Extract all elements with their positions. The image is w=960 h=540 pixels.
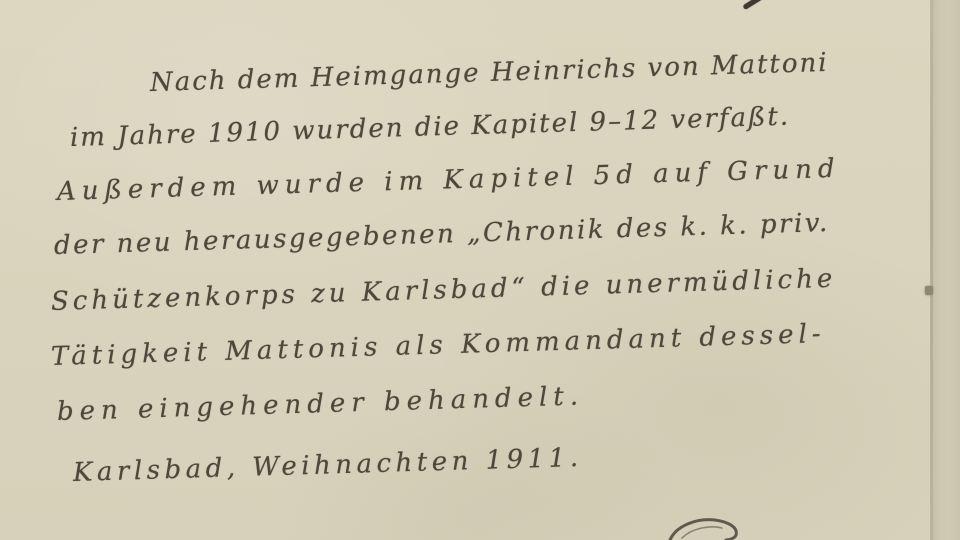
manuscript-line-5: Schützenkorps zu Karlsbad“ die unermüdli… xyxy=(51,264,837,317)
paper-edge-band xyxy=(931,0,960,540)
dateline: Karlsbad, Weihnachten 1911. xyxy=(73,443,583,488)
manuscript-scan: Nach dem Heimgange Heinrichs von Mattoni… xyxy=(0,0,960,540)
manuscript-line-7: ben eingehender behandelt. xyxy=(57,381,585,427)
signature-flourish xyxy=(652,500,772,540)
manuscript-line-3: Außerdem wurde im Kapitel 5d auf Grund xyxy=(57,154,841,207)
pen-stroke-fragment xyxy=(742,0,765,10)
ink-speck xyxy=(925,286,933,295)
paper-crease xyxy=(930,0,933,540)
manuscript-line-4: der neu herausgegebenen „Chronik des k. … xyxy=(54,208,831,261)
manuscript-line-2: im Jahre 1910 wurden die Kapitel 9–12 ve… xyxy=(70,102,791,153)
manuscript-line-1: Nach dem Heimgange Heinrichs von Mattoni xyxy=(150,48,829,98)
manuscript-line-6: Tätigkeit Mattonis als Kommandant dessel… xyxy=(51,319,826,372)
